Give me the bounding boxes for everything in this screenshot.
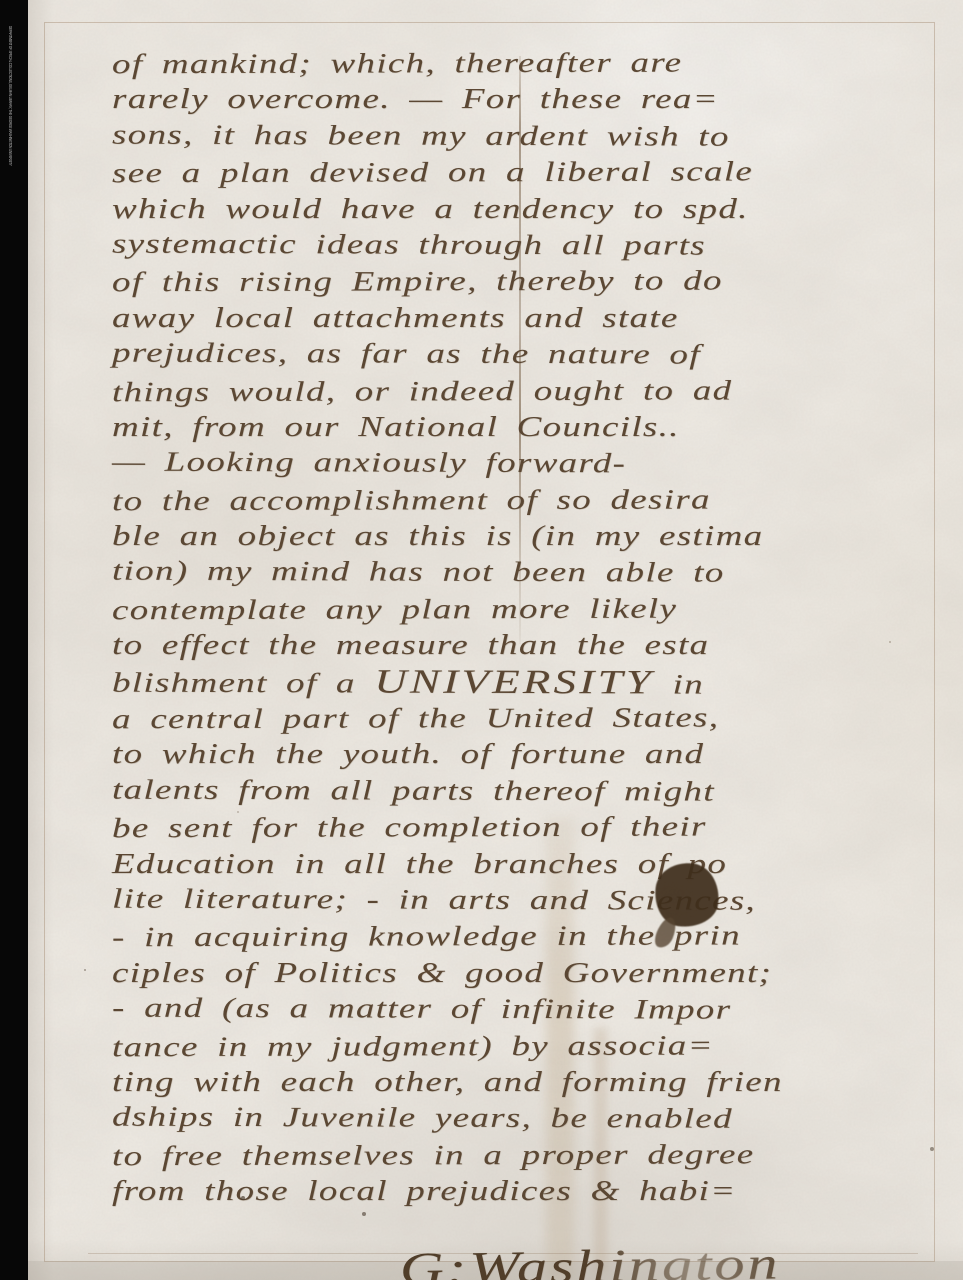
manuscript-line: - in acquiring knowledge in the prin xyxy=(112,918,957,957)
manuscript-line: talents from all parts thereof might xyxy=(112,772,957,811)
manuscript-line-segment: systemactic ideas through all parts xyxy=(112,229,706,262)
manuscript-line-segment: see a plan devised on a liberal scale xyxy=(112,157,753,190)
manuscript-line-segment: tion) my mind has not been able to xyxy=(112,556,725,589)
manuscript-line: — Looking anxiously forward- xyxy=(112,445,957,484)
manuscript-line-segment: away local attachments and state xyxy=(112,303,679,334)
manuscript-line: - and (as a matter of infinite Impor xyxy=(112,991,957,1030)
manuscript-line-segment: to the accomplishment of so desira xyxy=(112,484,711,517)
manuscript-line: of this rising Empire, thereby to do xyxy=(112,263,957,302)
archive-strip: DEPARTMENT OF SPECIAL COLLECTIONS, GELMA… xyxy=(0,0,28,1280)
archive-attribution-text: DEPARTMENT OF SPECIAL COLLECTIONS, GELMA… xyxy=(7,26,12,166)
manuscript-line-segment: talents from all parts thereof might xyxy=(112,774,715,807)
manuscript-line-segment: of mankind; which, thereafter are xyxy=(112,48,682,81)
manuscript-line-segment: sons, it has been my ardent wish to xyxy=(112,119,730,152)
manuscript-line: to the accomplishment of so desira xyxy=(112,481,957,520)
manuscript-line-segment: of this rising Empire, thereby to do xyxy=(112,266,723,299)
manuscript-line: rarely overcome. — For these rea= xyxy=(112,82,957,118)
manuscript-line-segment: ting with each other, and forming frien xyxy=(112,1067,783,1098)
manuscript-line: see a plan devised on a liberal scale xyxy=(112,154,957,193)
manuscript-line: tance in my judgment) by associa= xyxy=(112,1027,957,1066)
manuscript-line: ting with each other, and forming frien xyxy=(112,1065,957,1101)
manuscript-line: blishment of a UNIVERSITY in xyxy=(112,663,957,702)
manuscript-line: a central part of the United States, xyxy=(112,700,957,739)
scanned-letter-page: of mankind; which, thereafter arerarely … xyxy=(0,0,963,1280)
manuscript-line-segment: which would have a tendency to spd. xyxy=(112,194,749,225)
manuscript-line: to free themselves in a proper degree xyxy=(112,1136,957,1175)
manuscript-line: dships in Juvenile years, be enabled xyxy=(112,1100,957,1139)
manuscript-line: to which the youth. of fortune and xyxy=(112,737,957,773)
manuscript-line: of mankind; which, thereafter are xyxy=(112,45,957,84)
manuscript-line-segment: rarely overcome. — For these rea= xyxy=(112,84,719,115)
manuscript-line-segment: contemplate any plan more likely xyxy=(112,593,677,626)
manuscript-line: lite literature; - in arts and Sciences, xyxy=(112,882,957,921)
manuscript-line-segment: - and (as a matter of infinite Impor xyxy=(112,993,732,1026)
manuscript-line-segment: blishment of a xyxy=(112,667,374,699)
manuscript-line-segment: from those local prejudices & habi= xyxy=(112,1176,736,1207)
signature-george-washington: G:Washington xyxy=(399,1242,957,1280)
manuscript-line: Education in all the branches of po xyxy=(112,847,957,883)
manuscript-line-segment: be sent for the completion of their xyxy=(112,812,707,845)
manuscript-line: away local attachments and state xyxy=(112,301,957,337)
manuscript-line: to effect the measure than the esta xyxy=(112,628,957,664)
manuscript-line: sons, it has been my ardent wish to xyxy=(112,117,957,156)
manuscript-line: mit, from our National Councils.. xyxy=(112,410,957,446)
manuscript-line: which would have a tendency to spd. xyxy=(112,192,957,228)
paper-background: of mankind; which, thereafter arerarely … xyxy=(28,0,963,1280)
manuscript-line-segment: - in acquiring knowledge in the prin xyxy=(112,921,741,954)
manuscript-line: prejudices, as far as the nature of xyxy=(112,336,957,375)
manuscript-line-segment: to which the youth. of fortune and xyxy=(112,739,704,770)
manuscript-line: be sent for the completion of their xyxy=(112,809,957,848)
manuscript-line-segment: in xyxy=(654,669,704,700)
manuscript-line-segment: ble an object as this is (in my estima xyxy=(112,521,763,552)
manuscript-line: tion) my mind has not been able to xyxy=(112,554,957,593)
manuscript-line: systemactic ideas through all parts xyxy=(112,227,957,266)
manuscript-line-segment: ciples of Politics & good Government; xyxy=(112,958,772,989)
manuscript-text-block: of mankind; which, thereafter arerarely … xyxy=(112,46,957,1280)
manuscript-line-segment: to effect the measure than the esta xyxy=(112,630,709,661)
manuscript-line-segment: a central part of the United States, xyxy=(112,702,719,735)
manuscript-line-segment: to free themselves in a proper degree xyxy=(112,1139,755,1172)
manuscript-line-segment: tance in my judgment) by associa= xyxy=(112,1030,714,1063)
manuscript-line-segment: UNIVERSITY xyxy=(374,663,654,701)
manuscript-line-segment: things would, or indeed ought to ad xyxy=(112,375,733,408)
manuscript-line-segment: dships in Juvenile years, be enabled xyxy=(112,1102,733,1135)
manuscript-line: things would, or indeed ought to ad xyxy=(112,372,957,411)
manuscript-line-segment: — Looking anxiously forward- xyxy=(112,447,626,480)
paper-specks xyxy=(241,1196,245,1200)
manuscript-line: from those local prejudices & habi= xyxy=(112,1174,957,1210)
manuscript-line: ciples of Politics & good Government; xyxy=(112,956,957,992)
manuscript-line: contemplate any plan more likely xyxy=(112,591,957,630)
manuscript-line-segment: Education in all the branches of po xyxy=(112,849,727,880)
manuscript-line: ble an object as this is (in my estima xyxy=(112,519,957,555)
manuscript-lines: of mankind; which, thereafter arerarely … xyxy=(112,46,957,1247)
manuscript-line-segment: mit, from our National Councils.. xyxy=(112,412,680,443)
manuscript-line-segment: prejudices, as far as the nature of xyxy=(112,338,701,371)
